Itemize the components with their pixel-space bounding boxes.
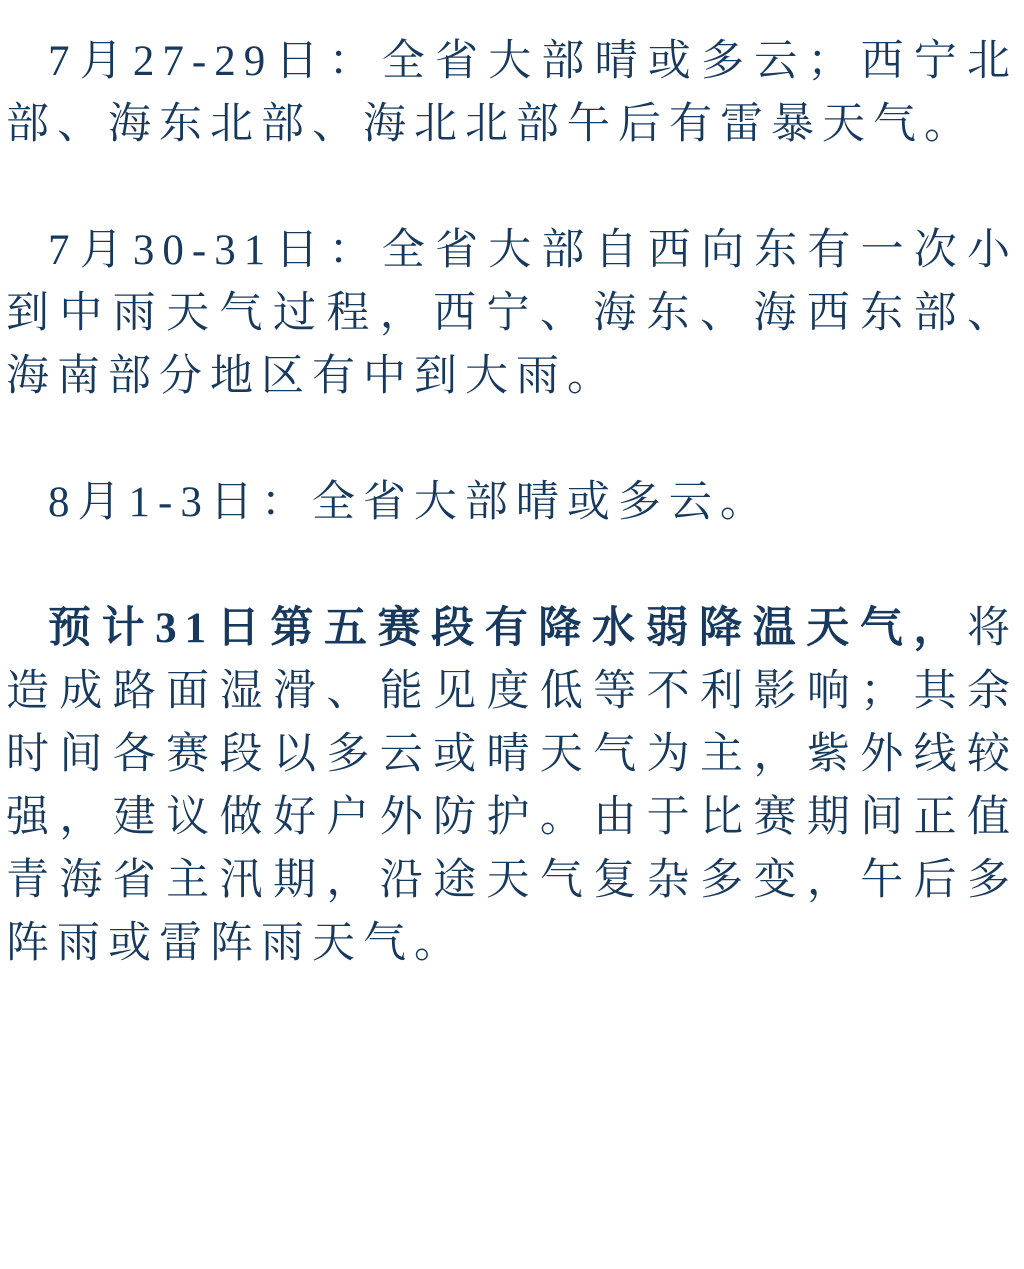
race-stage-rest-text: 将造成路面湿滑、能见度低等不利影响；其余时间各赛段以多云或晴天气为主，紫外线较强… bbox=[6, 605, 1018, 967]
article-body: 7月27-29日：全省大部晴或多云；西宁北部、海东北部、海北北部午后有雷暴天气。… bbox=[0, 0, 1024, 1269]
race-stage-highlight-text: 预计31日第五赛段有降水弱降温天气， bbox=[48, 605, 967, 652]
forecast-paragraph-jul30-31: 7月30-31日：全省大部自西向东有一次小到中雨天气过程，西宁、海东、海西东部、… bbox=[6, 219, 1018, 408]
forecast-paragraph-race-stage: 预计31日第五赛段有降水弱降温天气，将造成路面湿滑、能见度低等不利影响；其余时间… bbox=[6, 597, 1018, 975]
forecast-paragraph-aug1-3: 8月1-3日：全省大部晴或多云。 bbox=[6, 471, 1018, 534]
forecast-paragraph-jul27-29: 7月27-29日：全省大部晴或多云；西宁北部、海东北部、海北北部午后有雷暴天气。 bbox=[6, 30, 1018, 156]
